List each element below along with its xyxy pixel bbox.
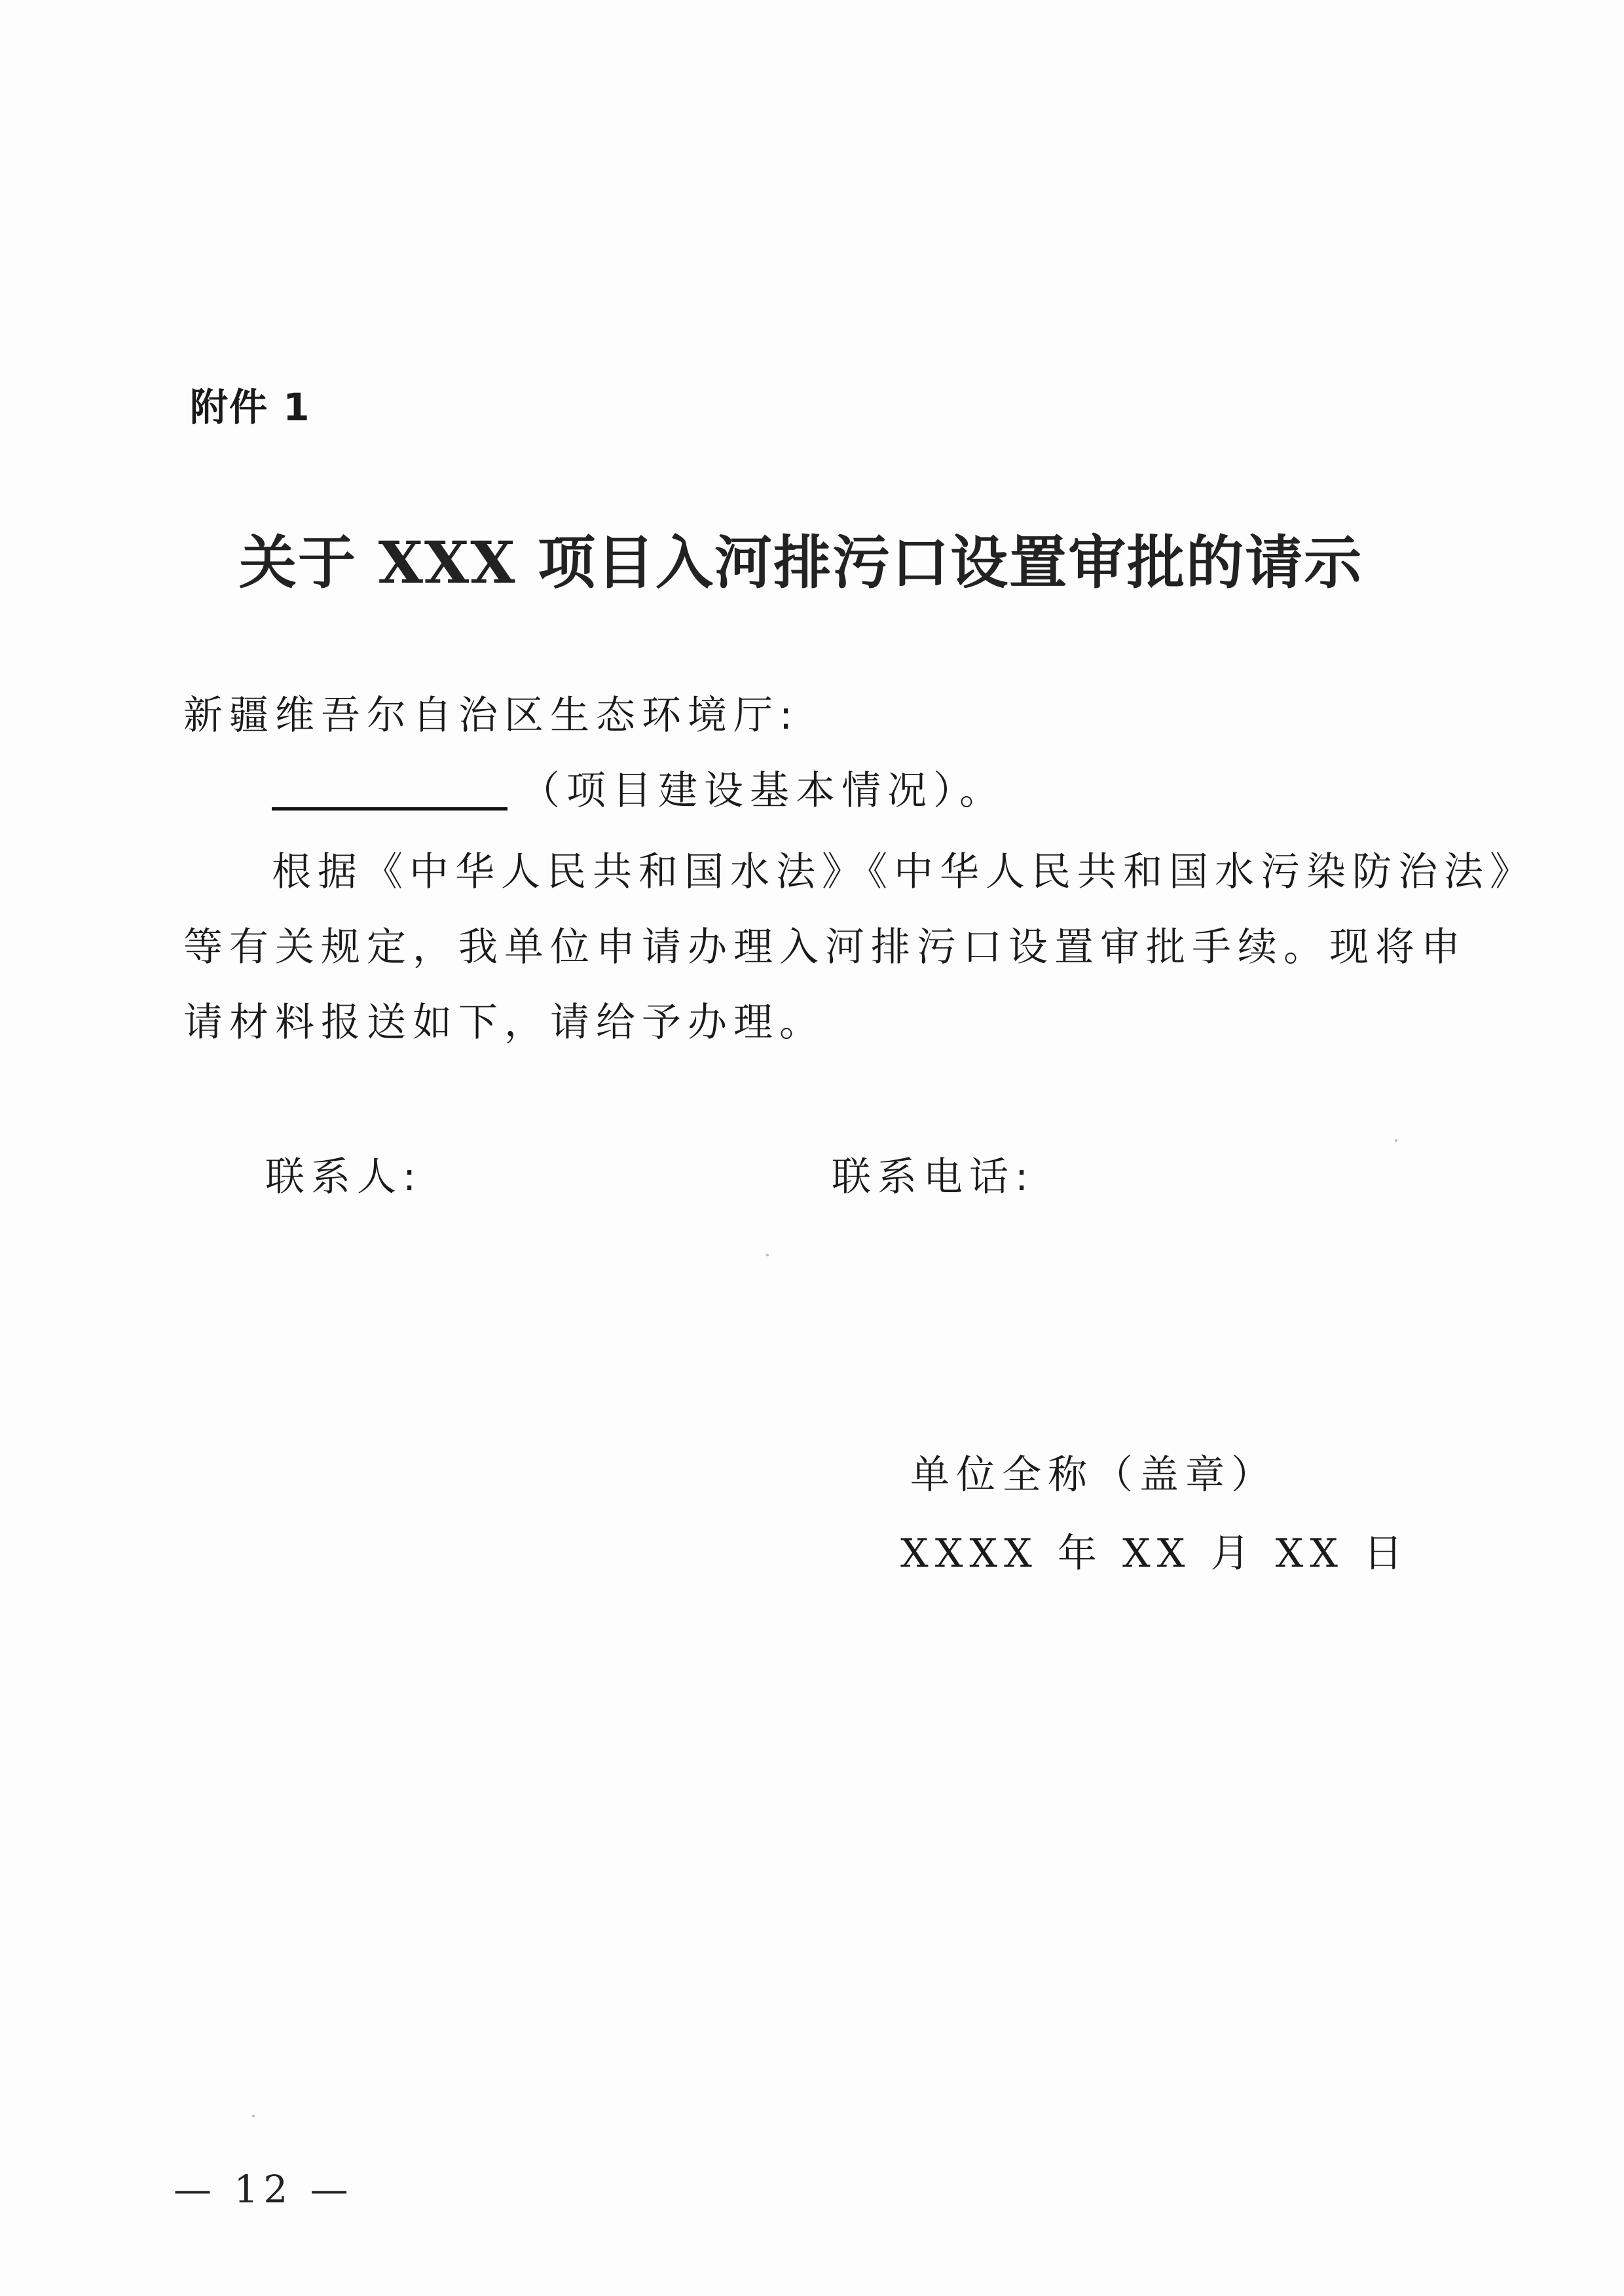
- scan-speck: [766, 1254, 769, 1256]
- document-title: 关于 XXX 项目入河排污口设置审批的请示: [239, 517, 1392, 600]
- document-page: 附件 1 关于 XXX 项目入河排污口设置审批的请示 新疆维吾尔自治区生态环境厅…: [0, 0, 1624, 2296]
- blank-fill-line: [272, 807, 507, 811]
- contact-person-label: 联系人:: [265, 1146, 422, 1202]
- date-line: XXXX 年 XX 月 XX 日: [900, 1522, 1409, 1578]
- basic-info-line: （项目建设基本情况）。: [272, 759, 1005, 816]
- addressee: 新疆维吾尔自治区生态环境厅:: [183, 684, 799, 740]
- basic-info-hint: （项目建设基本情况）。: [521, 759, 1005, 816]
- scan-speck: [252, 2115, 255, 2117]
- page-number: — 12 —: [174, 2167, 354, 2212]
- paragraph-line: 请材料报送如下，请给予办理。: [183, 985, 1414, 1061]
- scan-speck: [1395, 1139, 1397, 1142]
- paragraph-line: 等有关规定，我单位申请办理入河排污口设置审批手续。现将申: [183, 910, 1414, 985]
- signature-line: 单位全称（盖章）: [910, 1444, 1277, 1500]
- contact-phone-label: 联系电话:: [832, 1146, 1035, 1202]
- request-paragraph: 根据《中华人民共和国水法》《中华人民共和国水污染防治法》 等有关规定，我单位申请…: [183, 835, 1414, 1061]
- paragraph-line: 根据《中华人民共和国水法》《中华人民共和国水污染防治法》: [183, 835, 1414, 910]
- attachment-label: 附件 1: [190, 376, 311, 431]
